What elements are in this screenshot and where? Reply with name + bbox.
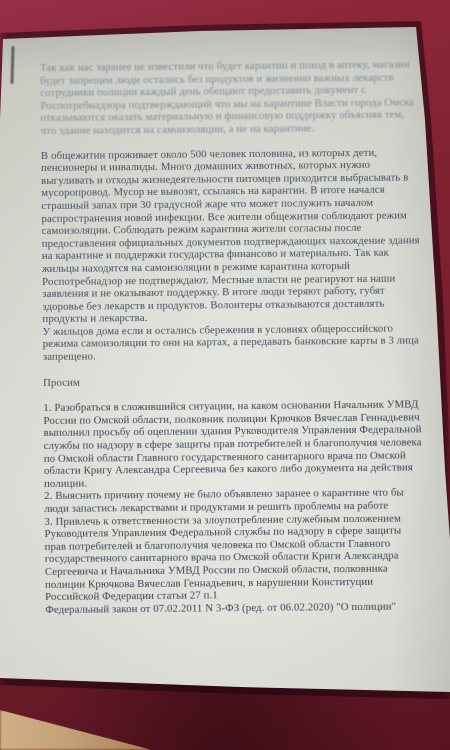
request-item-2: 2. Выяснить причину почему не было объяв… — [44, 487, 424, 516]
photo-of-document: Так как нас заранее не известили что буд… — [0, 0, 450, 750]
paper-sheet: Так как нас заранее не известили что буд… — [0, 0, 450, 750]
request-item-3: 3. Привлечь к ответственности за злоупот… — [44, 512, 425, 604]
request-heading: Просим — [43, 373, 423, 389]
request-item-1: 1. Разобраться в сложившийся ситуации, н… — [43, 399, 424, 491]
body-paragraph: В общежитии проживает около 500 человек … — [41, 146, 423, 326]
law-reference: Федеральный закон от 07.02.2011 N 3-ФЗ (… — [45, 600, 425, 616]
letter-text: Так как нас заранее не известили что буд… — [40, 58, 425, 616]
intro-paragraph: Так как нас заранее не известили что буд… — [40, 58, 421, 137]
savings-paragraph: У жильцов дома если и остались сбережени… — [43, 322, 423, 363]
pen-mark — [11, 46, 15, 84]
